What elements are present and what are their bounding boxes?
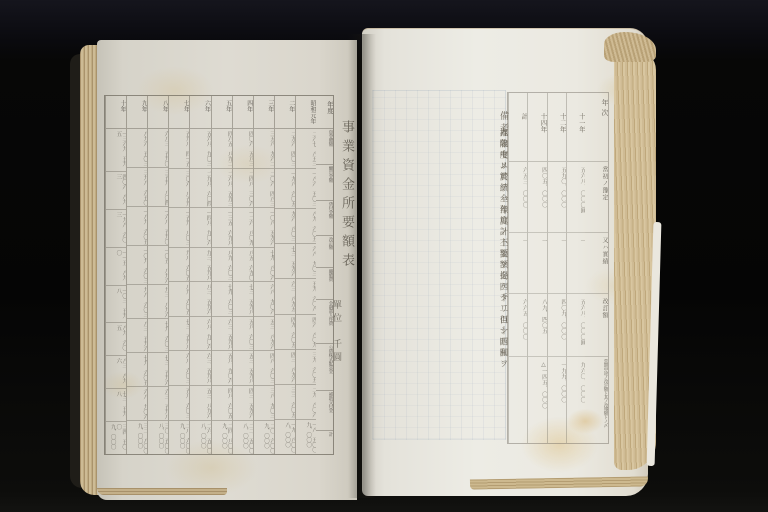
- amount-cell: 五三、八九六: [254, 317, 274, 352]
- amount-cell: 五八、六〇三: [233, 317, 253, 352]
- year-header: 八年: [148, 96, 168, 129]
- amount-cell: 六八、九〇六: [127, 387, 147, 421]
- amount-cell: 八九六、五〇三: [127, 129, 147, 168]
- amount-cell: 六三、五九八: [148, 387, 168, 421]
- year-header: 六年: [190, 96, 210, 129]
- amount-cell: 二四、八〇〇 九、〇〇〇: [212, 421, 232, 455]
- year-header: 十二年: [548, 93, 566, 162]
- amount-cell: 一〇五、八九六: [148, 246, 168, 285]
- amount-cell: 三九八、六五〇: [127, 168, 147, 207]
- year-column: 十一年五六八、〇〇〇圓一五六八、〇〇〇圓九六〇、〇〇〇: [566, 93, 585, 443]
- row-label: 改訂額: [316, 236, 333, 268]
- amount-cell: [509, 357, 527, 441]
- amount-cell: 六八三、五九〇: [148, 129, 168, 168]
- year-header: 十一年: [567, 93, 585, 162]
- bottom-page-edges-left: [97, 488, 227, 495]
- amount-cell: 七三、五九六: [275, 244, 295, 279]
- amount-cell: 六三、五九八: [190, 351, 210, 386]
- amount-cell: 五六八、〇〇〇圓: [567, 162, 585, 233]
- amount-cell: 九八、六〇三: [127, 285, 147, 319]
- amount-cell: 二九、八〇六: [296, 385, 316, 420]
- year-header: 四年: [233, 96, 253, 129]
- year-column: 四年四〇六、五八三二四八、三〇六一二六、八〇九八五、六九〇七三、五九八五八、六〇…: [232, 96, 253, 454]
- year-header: 二年: [275, 96, 295, 129]
- amount-cell: 一三六九、五九五: [106, 129, 126, 172]
- amount-cell: 一八、五〇〇 九、〇〇〇: [296, 420, 316, 454]
- year-column: 十四年四〇五、〇〇〇一八九、四〇五△一四五、〇〇〇: [527, 93, 546, 443]
- amount-cell: 四〇九、〇〇〇: [548, 294, 566, 357]
- amount-cell: 二九六、四〇三: [275, 129, 295, 169]
- amount-cell: 一九九、〇〇〇: [548, 357, 566, 441]
- amount-cell: 一五九、八〇三: [169, 208, 189, 248]
- amount-cell: 八九、六〇五: [296, 209, 316, 244]
- row-label: 醵出金額: [316, 165, 333, 201]
- year-column: 五年四六五、八九二二六八、五九三一三五、六九八八九、六〇三七九、六〇三六三、五九…: [211, 96, 232, 454]
- amount-cell: 七三、五九八: [106, 389, 126, 422]
- year-column: 七年五九八、四一五三〇六、八五九一五九、八〇三九八、六〇五八九、六〇五七三、五九…: [168, 96, 189, 454]
- revision-summary-table: 年次當初ノ豫定又ハ實績改訂額當期中途ノ改定額ト其ノ改殘額トノ〆十一年五六八、〇〇…: [507, 92, 609, 444]
- amount-cell: 八九、四〇五: [528, 294, 546, 357]
- amount-cell: 二六、五〇〇 八、〇〇〇: [190, 421, 210, 455]
- amount-cell: 一八九、六〇五: [127, 207, 147, 246]
- year-column: 計六五三、〇〇〇一六六五、〇〇〇: [508, 93, 527, 443]
- amount-cell: 二八、六〇〇 九、〇〇〇: [169, 421, 189, 455]
- amount-cell: 六三、五九八: [212, 317, 232, 352]
- amount-cell: 三五九、八〇四: [148, 168, 168, 207]
- amount-cell: 九六、八〇三: [275, 209, 295, 244]
- year-header: 三年: [254, 96, 274, 129]
- row-label: 繼續費: [316, 268, 333, 300]
- year-header: 五年: [212, 96, 232, 129]
- year-header: 昭和元年: [296, 96, 316, 129]
- year-column: 九年八九六、五〇三三九八、六五〇一八九、六〇五一〇九、六〇三九八、六〇三八三、五…: [126, 96, 147, 454]
- amount-cell: 七九、六〇三: [148, 319, 168, 353]
- amount-cell: 一: [528, 233, 546, 294]
- amount-cell: 三二、八〇〇 九、〇〇〇: [127, 421, 147, 454]
- amount-cell: 四〇六、五八三: [233, 129, 253, 169]
- year-header: 計: [509, 93, 527, 162]
- amount-cell: 四九、六〇五: [275, 315, 295, 350]
- amount-cell: 二〇、六〇〇 九、〇〇〇: [254, 421, 274, 455]
- amount-cell: 二二、五〇〇 八、〇〇〇: [233, 421, 253, 455]
- amount-cell: 七九、六〇五: [127, 353, 147, 387]
- amount-cell: 七九、六〇三: [212, 282, 232, 317]
- page-edge-curl: [604, 32, 656, 62]
- amount-cell: 四八、六〇五: [212, 386, 232, 421]
- amount-cell: 一: [548, 233, 566, 294]
- band-label: 當期中途ノ改定額ト其ノ改殘額トノ〆: [585, 357, 608, 441]
- amount-cell: 五九、六〇八: [296, 279, 316, 314]
- amount-cell: 一: [509, 233, 527, 294]
- amount-cell: 一三五、六九八: [212, 208, 232, 248]
- year-header: 十年: [106, 96, 126, 129]
- amount-cell: 一四八、九〇六: [190, 208, 210, 248]
- amount-cell: 八三、五九六: [190, 282, 210, 317]
- amount-cell: △一四五、〇〇〇: [528, 357, 546, 441]
- amount-cell: 七三、五九六: [148, 353, 168, 387]
- left-page-title: 事業資金所要額表: [337, 120, 356, 272]
- amount-cell: 五八、九〇六: [212, 351, 232, 386]
- amount-cell: 八三、五九六: [127, 319, 147, 353]
- amount-cell: 四六、八〇九: [296, 315, 316, 350]
- amount-cell: 二四八、三〇六: [233, 169, 253, 209]
- amount-cell: 五九八、四一五: [169, 129, 189, 169]
- amount-cell: 三五八、九六二: [254, 129, 274, 169]
- amount-cell: 九三、八九六: [148, 285, 168, 319]
- amount-cell: 九三、五九八: [190, 248, 210, 283]
- amount-cell: 五九〇、〇〇〇: [548, 162, 566, 233]
- year-header: 九年: [127, 96, 147, 129]
- year-column: 三年三五八、九六二二〇六、四八三一〇八、五九六七九、八〇六六八、九〇六五三、八九…: [253, 96, 274, 454]
- amount-cell: 五八、六〇三: [169, 386, 189, 421]
- amount-cell: 七九、八〇六: [254, 248, 274, 283]
- amount-cell: 三四、五〇〇 九、〇〇〇: [106, 422, 126, 454]
- amount-cell: 一九八、六〇三: [106, 210, 126, 248]
- amount-cell: 五三、八九六: [190, 386, 210, 421]
- amount-cell: 一: [567, 233, 585, 294]
- year-header: 七年: [169, 96, 189, 129]
- amount-cell: 二六七、八五三: [296, 129, 316, 169]
- amount-cell: 三八、九〇三: [254, 386, 274, 421]
- amount-cell: 八五、六九〇: [233, 248, 253, 283]
- amount-cell: 二九八、六〇四: [190, 169, 210, 209]
- year-column: 二年二九六、四〇三一九八、六〇五九六、八〇三七三、五九六六三、八九五四九、六〇五…: [274, 96, 295, 454]
- band-label: 改訂額: [585, 294, 608, 357]
- amount-cell: 四六五、八九二: [212, 129, 232, 169]
- band-label: 又ハ實績: [585, 233, 608, 294]
- amount-cell: 一八六、五〇三: [296, 169, 316, 209]
- amount-cell: 六八、九〇六: [190, 317, 210, 352]
- remarks-line: 控除セリ: [495, 106, 510, 172]
- unit-label: 單位 千圓: [330, 300, 343, 365]
- row-label-column: 年度資金總額醵出金額貸付金額改訂額繼續費金融部人件費公債株式配當金補助交付金計: [316, 96, 333, 454]
- amount-cell: 一二六、八〇九: [233, 208, 253, 248]
- amount-cell: 七三、五九八: [233, 282, 253, 317]
- amount-cell: 九八、六〇五: [169, 248, 189, 283]
- row-label: 貸付金額: [316, 201, 333, 237]
- band-label: 當初ノ豫定: [585, 162, 608, 233]
- amount-cell: 五六八、九〇三: [190, 129, 210, 169]
- amount-cell: 六八、六〇三: [169, 351, 189, 386]
- year-column: 十二年五九〇、〇〇〇一四〇九、〇〇〇一九九、〇〇〇: [547, 93, 566, 443]
- amount-cell: 七三、五九八: [169, 317, 189, 352]
- row-label: 資金總額: [316, 129, 333, 165]
- fund-requirement-table: 年度資金總額醵出金額貸付金額改訂額繼續費金融部人件費公債株式配當金補助交付金計昭…: [104, 95, 334, 455]
- amount-cell: 四〇六、八九三: [106, 172, 126, 210]
- amount-cell: 九六〇、〇〇〇: [567, 357, 585, 441]
- amount-cell: 三三、六〇五: [275, 385, 295, 420]
- band-label-column: 年次當初ノ豫定又ハ實績改訂額當期中途ノ改定額ト其ノ改殘額トノ〆: [585, 93, 608, 443]
- photo-of-ledger: 年度資金總額醵出金額貸付金額改訂額繼續費金融部人件費公債株式配當金補助交付金計昭…: [0, 0, 768, 512]
- amount-cell: 四三、五九六: [233, 386, 253, 421]
- amount-cell: 一〇三、五九八: [106, 286, 126, 324]
- amount-cell: 三〇六、八五九: [169, 169, 189, 209]
- amount-cell: 一〇八、五九六: [254, 208, 274, 248]
- amount-cell: 二〇六、四八三: [254, 169, 274, 209]
- row-label: 補助交付金: [316, 391, 333, 431]
- amount-cell: 六三、八九五: [275, 279, 295, 314]
- amount-cell: 一〇九、六〇三: [127, 246, 147, 285]
- amount-cell: 八九、六〇三: [212, 248, 232, 283]
- amount-cell: 二六八、五九三: [212, 169, 232, 209]
- year-column: 十年一三六九、五九五四〇六、八九三一九八、六〇三一一五、八九〇一〇三、五九八八九…: [105, 96, 126, 454]
- amount-cell: 一九八、六〇五: [275, 169, 295, 209]
- amount-cell: 八三、八九六: [106, 356, 126, 389]
- amount-cell: 五三、五九八: [233, 351, 253, 386]
- year-column: 昭和元年二六七、八五三一八六、五〇三八九、六〇五六八、九〇三五九、六〇八四六、八…: [295, 96, 316, 454]
- year-column: 八年六八三、五九〇三五九、八〇四一六八、五九〇一〇五、八九六九三、八九六七九、六…: [147, 96, 168, 454]
- amount-cell: 六六五、〇〇〇: [509, 294, 527, 357]
- row-label: 計: [316, 431, 333, 454]
- amount-cell: 四〇五、〇〇〇: [528, 162, 546, 233]
- amount-cell: 六五三、〇〇〇: [509, 162, 527, 233]
- year-header: 十四年: [528, 93, 546, 162]
- amount-cell: 五六八、〇〇〇圓: [567, 294, 585, 357]
- amount-cell: 八九、六〇五: [169, 282, 189, 317]
- amount-cell: 四八、六〇三: [254, 351, 274, 386]
- amount-cell: 八九、六〇五: [106, 323, 126, 356]
- year-column: 六年五六八、九〇三二九八、六〇四一四八、九〇六九三、五九八八三、五九六六八、九〇…: [189, 96, 210, 454]
- amount-cell: 三〇、五〇〇 八、〇〇〇: [148, 421, 168, 454]
- amount-cell: 三九、六〇五: [296, 350, 316, 385]
- year-axis-header: 年次: [585, 93, 608, 162]
- amount-cell: 六八、九〇三: [296, 244, 316, 279]
- amount-cell: 四三、八九六: [275, 350, 295, 385]
- amount-cell: 一九、八〇〇 八、〇〇〇: [275, 420, 295, 454]
- amount-cell: 一一五、八九〇: [106, 248, 126, 286]
- amount-cell: 一六八、五九〇: [148, 207, 168, 246]
- remarks-note: 備考本表中ノ實績ハ豫算計上額ヲ掲ケタリ但シ昭和九年度ニ於テ全年度ノ不要額金四千二…: [398, 106, 510, 442]
- year-axis-header: 年度: [316, 96, 333, 129]
- amount-cell: 六八、九〇六: [254, 282, 274, 317]
